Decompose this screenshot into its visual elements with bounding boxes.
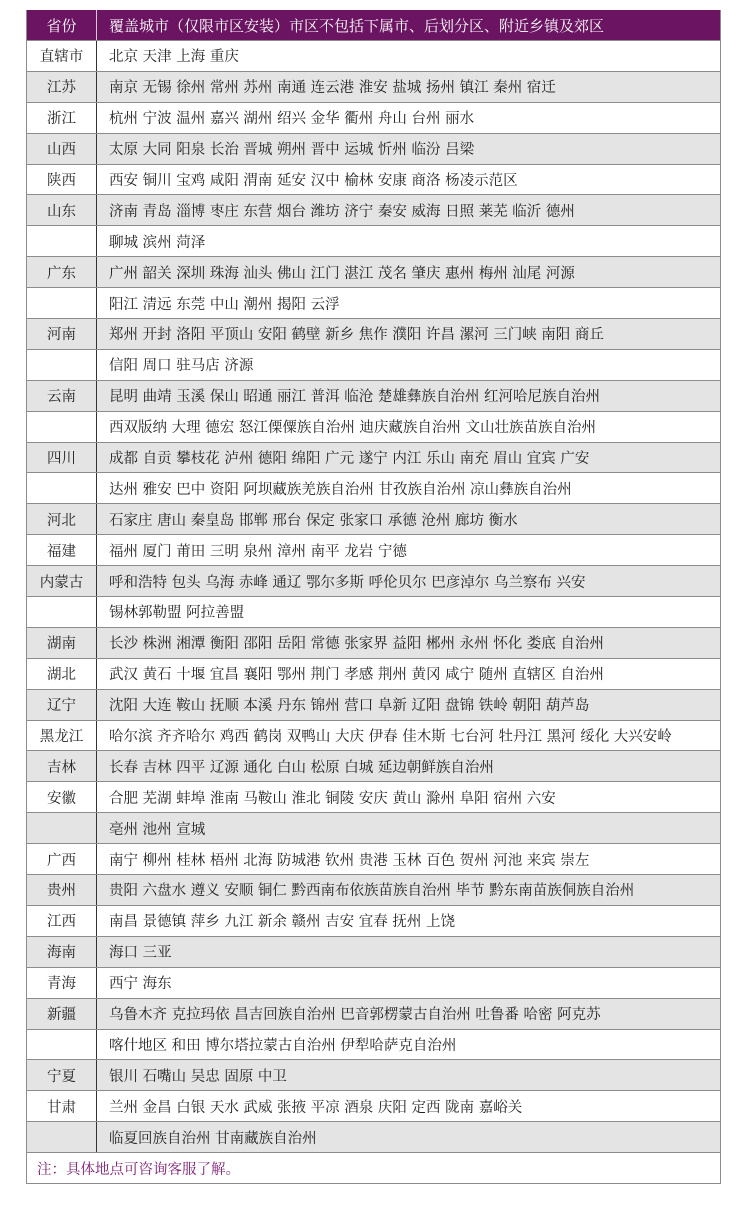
table-row: 宁夏银川 石嘴山 吴忠 固原 中卫	[27, 1059, 720, 1090]
province-cell: 湖北	[27, 659, 97, 689]
province-cell: 辽宁	[27, 690, 97, 720]
cities-cell: 南京 无锡 徐州 常州 苏州 南通 连云港 淮安 盐城 扬州 镇江 秦州 宿迁	[97, 72, 720, 102]
header-province: 省份	[27, 10, 97, 40]
province-cell: 广东	[27, 257, 97, 287]
cities-cell: 西宁 海东	[97, 968, 720, 998]
cities-cell: 兰州 金昌 白银 天水 武威 张掖 平凉 酒泉 庆阳 定西 陇南 嘉峪关	[97, 1091, 720, 1121]
cities-cell: 沈阳 大连 鞍山 抚顺 本溪 丹东 锦州 营口 阜新 辽阳 盘锦 铁岭 朝阳 葫…	[97, 690, 720, 720]
province-cell	[27, 1030, 97, 1060]
province-cell: 山东	[27, 195, 97, 225]
table-row: 广西南宁 柳州 桂林 梧州 北海 防城港 钦州 贵港 玉林 百色 贺州 河池 来…	[27, 843, 720, 874]
cities-cell: 石家庄 唐山 秦皇岛 邯郸 邢台 保定 张家口 承德 沧州 廊坊 衡水	[97, 504, 720, 534]
province-cell: 吉林	[27, 751, 97, 781]
province-cell: 四川	[27, 443, 97, 473]
cities-cell: 杭州 宁波 温州 嘉兴 湖州 绍兴 金华 衢州 舟山 台州 丽水	[97, 103, 720, 133]
province-cell	[27, 350, 97, 380]
table-row: 广东广州 韶关 深圳 珠海 汕头 佛山 江门 湛江 茂名 肇庆 惠州 梅州 汕尾…	[27, 256, 720, 287]
table-row: 亳州 池州 宣城	[27, 812, 720, 843]
province-cell: 广西	[27, 844, 97, 874]
province-cell: 黑龙江	[27, 721, 97, 751]
cities-cell: 长沙 株洲 湘潭 衡阳 邵阳 岳阳 常德 张家界 益阳 郴州 永州 怀化 娄底 …	[97, 628, 720, 658]
province-cell	[27, 226, 97, 256]
cities-cell: 合肥 芜湖 蚌埠 淮南 马鞍山 淮北 铜陵 安庆 黄山 滁州 阜阳 宿州 六安	[97, 782, 720, 812]
province-cell: 云南	[27, 381, 97, 411]
table-row: 阳江 清远 东莞 中山 潮州 揭阳 云浮	[27, 287, 720, 318]
cities-cell: 昆明 曲靖 玉溪 保山 昭通 丽江 普洱 临沧 楚雄彝族自治州 红河哈尼族自治州	[97, 381, 720, 411]
table-row: 西双版纳 大理 德宏 怒江傈僳族自治州 迪庆藏族自治州 文山壮族苗族自治州	[27, 411, 720, 442]
table-row: 江苏南京 无锡 徐州 常州 苏州 南通 连云港 淮安 盐城 扬州 镇江 秦州 宿…	[27, 71, 720, 102]
table-row: 内蒙古呼和浩特 包头 乌海 赤峰 通辽 鄂尔多斯 呼伦贝尔 巴彦淖尔 乌兰察布 …	[27, 565, 720, 596]
province-cell: 青海	[27, 968, 97, 998]
cities-cell: 呼和浩特 包头 乌海 赤峰 通辽 鄂尔多斯 呼伦贝尔 巴彦淖尔 乌兰察布 兴安	[97, 566, 720, 596]
province-cell	[27, 1122, 97, 1152]
table-row: 达州 雅安 巴中 资阳 阿坝藏族羌族自治州 甘孜族自治州 凉山彝族自治州	[27, 472, 720, 503]
cities-cell: 喀什地区 和田 博尔塔拉蒙古自治州 伊犁哈萨克自治州	[97, 1030, 720, 1060]
province-cell	[27, 597, 97, 627]
cities-cell: 临夏回族自治州 甘南藏族自治州	[97, 1122, 720, 1152]
cities-cell: 海口 三亚	[97, 937, 720, 967]
cities-cell: 南宁 柳州 桂林 梧州 北海 防城港 钦州 贵港 玉林 百色 贺州 河池 来宾 …	[97, 844, 720, 874]
province-cell	[27, 288, 97, 318]
footnote: 注：具体地点可咨询客服了解。	[27, 1152, 720, 1183]
cities-cell: 亳州 池州 宣城	[97, 813, 720, 843]
province-cell: 陕西	[27, 165, 97, 195]
province-cell: 山西	[27, 134, 97, 164]
province-cell: 直辖市	[27, 41, 97, 71]
cities-cell: 乌鲁木齐 克拉玛依 昌吉回族自治州 巴音郭楞蒙古自治州 吐鲁番 哈密 阿克苏	[97, 999, 720, 1029]
table-row: 河南郑州 开封 洛阳 平顶山 安阳 鹤壁 新乡 焦作 濮阳 许昌 漯河 三门峡 …	[27, 318, 720, 349]
table-row: 临夏回族自治州 甘南藏族自治州	[27, 1121, 720, 1152]
province-cell: 甘肃	[27, 1091, 97, 1121]
province-cell: 福建	[27, 535, 97, 565]
province-cell: 河北	[27, 504, 97, 534]
table-row: 福建福州 厦门 莆田 三明 泉州 漳州 南平 龙岩 宁德	[27, 534, 720, 565]
table-row: 河北石家庄 唐山 秦皇岛 邯郸 邢台 保定 张家口 承德 沧州 廊坊 衡水	[27, 503, 720, 534]
table-row: 安徽合肥 芜湖 蚌埠 淮南 马鞍山 淮北 铜陵 安庆 黄山 滁州 阜阳 宿州 六…	[27, 781, 720, 812]
header-cities: 覆盖城市（仅限市区安装）市区不包括下属市、后划分区、附近乡镇及郊区	[97, 10, 720, 40]
table-row: 直辖市北京 天津 上海 重庆	[27, 40, 720, 71]
cities-cell: 达州 雅安 巴中 资阳 阿坝藏族羌族自治州 甘孜族自治州 凉山彝族自治州	[97, 473, 720, 503]
table-row: 湖南长沙 株洲 湘潭 衡阳 邵阳 岳阳 常德 张家界 益阳 郴州 永州 怀化 娄…	[27, 627, 720, 658]
cities-cell: 太原 大同 阳泉 长治 晋城 朔州 晋中 运城 忻州 临汾 吕梁	[97, 134, 720, 164]
table-row: 江西南昌 景德镇 萍乡 九江 新余 赣州 吉安 宜春 抚州 上饶	[27, 905, 720, 936]
table-row: 吉林长春 吉林 四平 辽源 通化 白山 松原 白城 延边朝鲜族自治州	[27, 750, 720, 781]
table-body: 直辖市北京 天津 上海 重庆江苏南京 无锡 徐州 常州 苏州 南通 连云港 淮安…	[27, 40, 720, 1152]
province-cell: 安徽	[27, 782, 97, 812]
table-row: 陕西西安 铜川 宝鸡 咸阳 渭南 延安 汉中 榆林 安康 商洛 杨凌示范区	[27, 164, 720, 195]
table-row: 四川成都 自贡 攀枝花 泸州 德阳 绵阳 广元 遂宁 内江 乐山 南充 眉山 宜…	[27, 442, 720, 473]
province-cell: 宁夏	[27, 1060, 97, 1090]
table-row: 海南海口 三亚	[27, 936, 720, 967]
cities-cell: 北京 天津 上海 重庆	[97, 41, 720, 71]
table-row: 聊城 滨州 菏泽	[27, 225, 720, 256]
province-cell: 浙江	[27, 103, 97, 133]
cities-cell: 聊城 滨州 菏泽	[97, 226, 720, 256]
table-row: 锡林郭勒盟 阿拉善盟	[27, 596, 720, 627]
table-row: 辽宁沈阳 大连 鞍山 抚顺 本溪 丹东 锦州 营口 阜新 辽阳 盘锦 铁岭 朝阳…	[27, 689, 720, 720]
cities-cell: 郑州 开封 洛阳 平顶山 安阳 鹤壁 新乡 焦作 濮阳 许昌 漯河 三门峡 南阳…	[97, 319, 720, 349]
cities-cell: 长春 吉林 四平 辽源 通化 白山 松原 白城 延边朝鲜族自治州	[97, 751, 720, 781]
province-cell	[27, 813, 97, 843]
table-row: 青海西宁 海东	[27, 967, 720, 998]
province-cell: 新疆	[27, 999, 97, 1029]
cities-cell: 银川 石嘴山 吴忠 固原 中卫	[97, 1060, 720, 1090]
cities-cell: 锡林郭勒盟 阿拉善盟	[97, 597, 720, 627]
province-cell: 河南	[27, 319, 97, 349]
province-cell: 江苏	[27, 72, 97, 102]
cities-cell: 广州 韶关 深圳 珠海 汕头 佛山 江门 湛江 茂名 肇庆 惠州 梅州 汕尾 河…	[97, 257, 720, 287]
cities-cell: 西双版纳 大理 德宏 怒江傈僳族自治州 迪庆藏族自治州 文山壮族苗族自治州	[97, 412, 720, 442]
coverage-table: 省份 覆盖城市（仅限市区安装）市区不包括下属市、后划分区、附近乡镇及郊区 直辖市…	[26, 10, 721, 1184]
table-row: 浙江杭州 宁波 温州 嘉兴 湖州 绍兴 金华 衢州 舟山 台州 丽水	[27, 102, 720, 133]
cities-cell: 贵阳 六盘水 遵义 安顺 铜仁 黔西南布依族苗族自治州 毕节 黔东南苗族侗族自治…	[97, 875, 720, 905]
table-row: 山西太原 大同 阳泉 长治 晋城 朔州 晋中 运城 忻州 临汾 吕梁	[27, 133, 720, 164]
province-cell	[27, 473, 97, 503]
cities-cell: 成都 自贡 攀枝花 泸州 德阳 绵阳 广元 遂宁 内江 乐山 南充 眉山 宜宾 …	[97, 443, 720, 473]
table-row: 黑龙江哈尔滨 齐齐哈尔 鸡西 鹤岗 双鸭山 大庆 伊春 佳木斯 七台河 牡丹江 …	[27, 720, 720, 751]
cities-cell: 武汉 黄石 十堰 宜昌 襄阳 鄂州 荆门 孝感 荆州 黄冈 咸宁 随州 直辖区 …	[97, 659, 720, 689]
table-row: 甘肃兰州 金昌 白银 天水 武威 张掖 平凉 酒泉 庆阳 定西 陇南 嘉峪关	[27, 1090, 720, 1121]
cities-cell: 阳江 清远 东莞 中山 潮州 揭阳 云浮	[97, 288, 720, 318]
cities-cell: 南昌 景德镇 萍乡 九江 新余 赣州 吉安 宜春 抚州 上饶	[97, 906, 720, 936]
table-header: 省份 覆盖城市（仅限市区安装）市区不包括下属市、后划分区、附近乡镇及郊区	[27, 10, 720, 40]
cities-cell: 济南 青岛 淄博 枣庄 东营 烟台 潍坊 济宁 秦安 威海 日照 莱芜 临沂 德…	[97, 195, 720, 225]
province-cell: 海南	[27, 937, 97, 967]
cities-cell: 西安 铜川 宝鸡 咸阳 渭南 延安 汉中 榆林 安康 商洛 杨凌示范区	[97, 165, 720, 195]
cities-cell: 信阳 周口 驻马店 济源	[97, 350, 720, 380]
province-cell: 贵州	[27, 875, 97, 905]
province-cell: 内蒙古	[27, 566, 97, 596]
cities-cell: 哈尔滨 齐齐哈尔 鸡西 鹤岗 双鸭山 大庆 伊春 佳木斯 七台河 牡丹江 黑河 …	[97, 721, 720, 751]
province-cell	[27, 412, 97, 442]
table-row: 喀什地区 和田 博尔塔拉蒙古自治州 伊犁哈萨克自治州	[27, 1029, 720, 1060]
table-row: 云南昆明 曲靖 玉溪 保山 昭通 丽江 普洱 临沧 楚雄彝族自治州 红河哈尼族自…	[27, 380, 720, 411]
table-row: 信阳 周口 驻马店 济源	[27, 349, 720, 380]
province-cell: 湖南	[27, 628, 97, 658]
table-row: 湖北武汉 黄石 十堰 宜昌 襄阳 鄂州 荆门 孝感 荆州 黄冈 咸宁 随州 直辖…	[27, 658, 720, 689]
table-row: 山东济南 青岛 淄博 枣庄 东营 烟台 潍坊 济宁 秦安 威海 日照 莱芜 临沂…	[27, 194, 720, 225]
table-row: 新疆乌鲁木齐 克拉玛依 昌吉回族自治州 巴音郭楞蒙古自治州 吐鲁番 哈密 阿克苏	[27, 998, 720, 1029]
province-cell: 江西	[27, 906, 97, 936]
table-row: 贵州贵阳 六盘水 遵义 安顺 铜仁 黔西南布依族苗族自治州 毕节 黔东南苗族侗族…	[27, 874, 720, 905]
cities-cell: 福州 厦门 莆田 三明 泉州 漳州 南平 龙岩 宁德	[97, 535, 720, 565]
